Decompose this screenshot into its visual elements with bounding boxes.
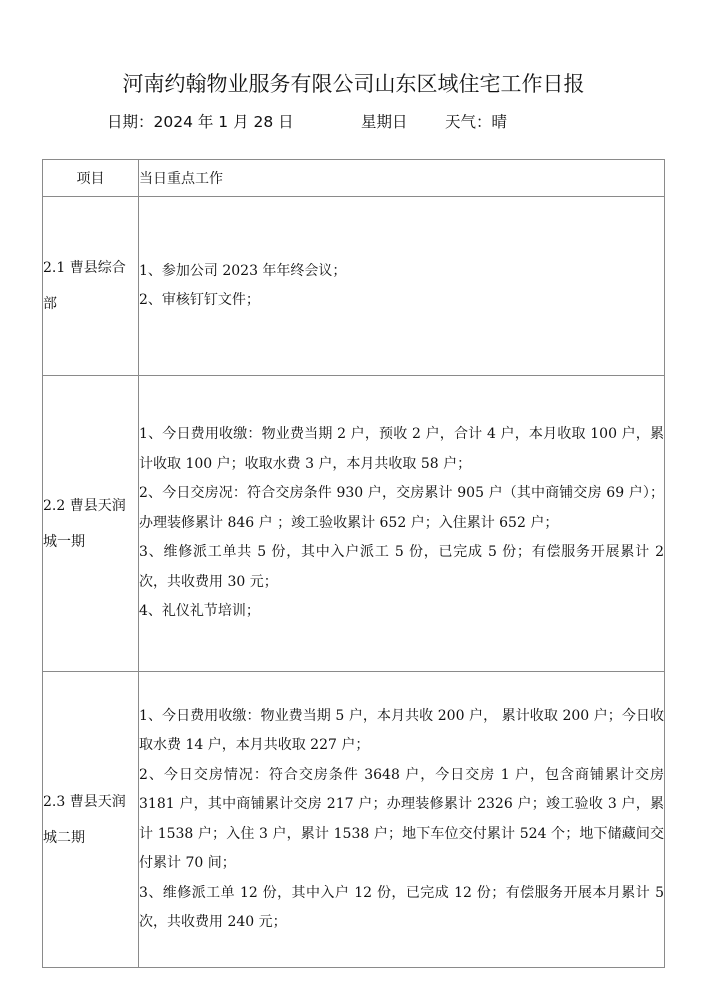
work-report-table: 项目 当日重点工作 2.1 曹县综合部 1、参加公司 2023 年年终会议； 2…	[42, 159, 665, 968]
work-line: 3、维修派工单 12 份，其中入户 12 份，已完成 12 份；有偿服务开展本月…	[139, 879, 664, 938]
row-item-label: 2.3 曹县天润城二期	[43, 672, 139, 968]
report-title: 河南约翰物业服务有限公司山东区域住宅工作日报	[0, 68, 707, 98]
work-line: 2、审核钉钉文件；	[139, 286, 664, 316]
row-work-content: 1、今日费用收缴：物业费当期 5 户，本月共收 200 户， 累计收取 200 …	[139, 672, 665, 968]
row-item-label: 2.1 曹县综合部	[43, 197, 139, 376]
column-header-work: 当日重点工作	[139, 160, 665, 197]
work-line: 2、今日交房况：符合交房条件 930 户，交房累计 905 户（其中商铺交房 6…	[139, 479, 664, 538]
work-line: 1、今日费用收缴：物业费当期 2 户，预收 2 户，合计 4 户，本月收取 10…	[139, 420, 664, 479]
table-row: 2.2 曹县天润城一期 1、今日费用收缴：物业费当期 2 户，预收 2 户，合计…	[43, 376, 665, 672]
report-weather: 天气：晴	[445, 110, 507, 132]
row-item-label: 2.2 曹县天润城一期	[43, 376, 139, 672]
report-weekday: 星期日	[361, 110, 408, 132]
column-header-item: 项目	[43, 160, 139, 197]
table-row: 2.3 曹县天润城二期 1、今日费用收缴：物业费当期 5 户，本月共收 200 …	[43, 672, 665, 968]
work-line: 3、维修派工单共 5 份，其中入户派工 5 份，已完成 5 份；有偿服务开展累计…	[139, 538, 664, 597]
work-line: 2、今日交房情况：符合交房条件 3648 户，今日交房 1 户，包含商铺累计交房…	[139, 761, 664, 879]
work-line: 1、今日费用收缴：物业费当期 5 户，本月共收 200 户， 累计收取 200 …	[139, 702, 664, 761]
row-work-content: 1、参加公司 2023 年年终会议； 2、审核钉钉文件；	[139, 197, 665, 376]
table-header-row: 项目 当日重点工作	[43, 160, 665, 197]
table-row: 2.1 曹县综合部 1、参加公司 2023 年年终会议； 2、审核钉钉文件；	[43, 197, 665, 376]
report-date: 日期：2024 年 1 月 28 日	[107, 110, 294, 132]
work-line: 1、参加公司 2023 年年终会议；	[139, 257, 664, 287]
work-line: 4、礼仪礼节培训；	[139, 597, 664, 627]
row-work-content: 1、今日费用收缴：物业费当期 2 户，预收 2 户，合计 4 户，本月收取 10…	[139, 376, 665, 672]
